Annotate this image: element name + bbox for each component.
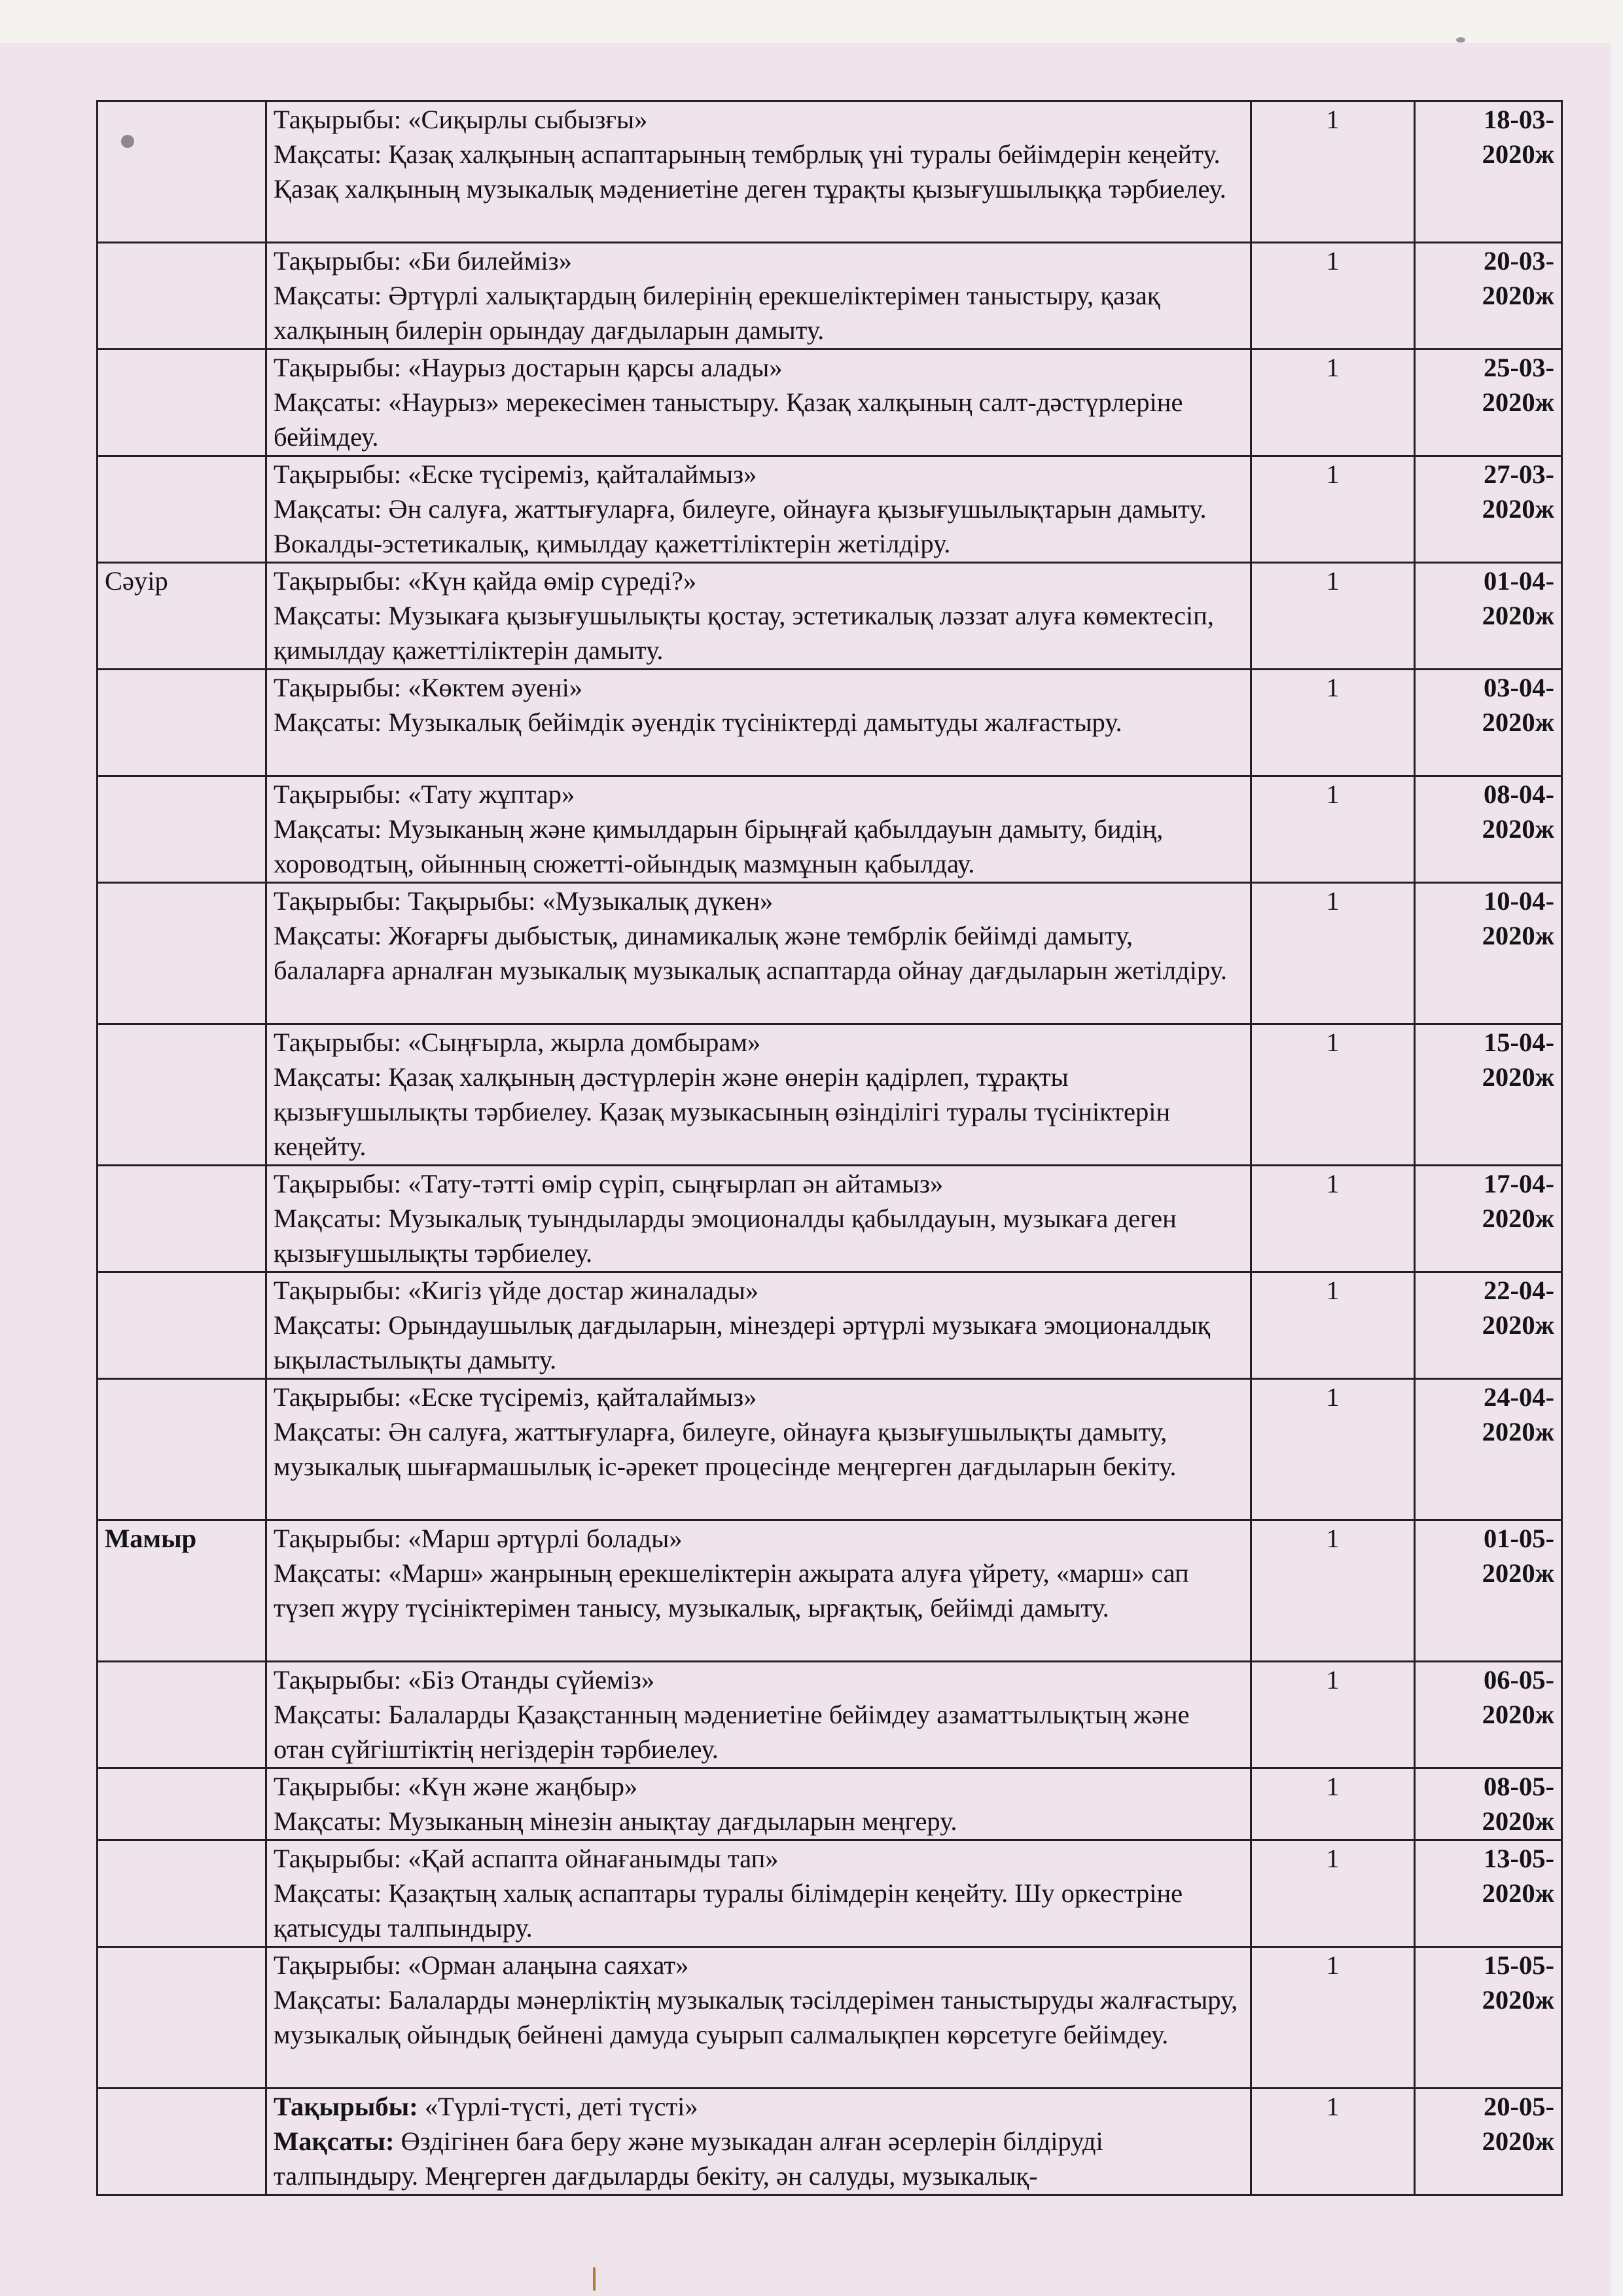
- hours-cell: 1: [1251, 101, 1415, 243]
- hours-cell: 1: [1251, 1840, 1415, 1947]
- goal-label: Мақсаты:: [274, 1558, 382, 1588]
- goal-label: Мақсаты:: [274, 494, 382, 524]
- goal-line: Мақсаты: Балаларды Қазақстанның мәдениет…: [274, 1700, 1190, 1764]
- goal-text: Ән салуға, жаттығуларға, билеуге, ойнауғ…: [274, 494, 1207, 558]
- month-cell: [98, 243, 266, 350]
- date-year: 2020ж: [1422, 1201, 1554, 1236]
- lesson-content-cell: Тақырыбы: «Кигіз үйде достар жиналады» М…: [266, 1272, 1251, 1379]
- topic-text: «Түрлі-түсті, деті түсті»: [425, 2092, 698, 2121]
- month-cell: [98, 1662, 266, 1768]
- topic-label: Тақырыбы:: [274, 886, 401, 916]
- topic-text: «Біз Отанды сүйеміз»: [408, 1665, 654, 1695]
- goal-line: Мақсаты: Ән салуға, жаттығуларға, билеуг…: [274, 1417, 1176, 1481]
- date-cell: 17-04-2020ж: [1415, 1166, 1562, 1272]
- topic-line: Тақырыбы: Тақырыбы: «Музыкалық дүкен»: [274, 886, 773, 916]
- date-day-month: 15-05-: [1422, 1948, 1554, 1982]
- scan-top-margin: [0, 0, 1623, 43]
- hours-cell: 1: [1251, 456, 1415, 563]
- table-row: Тақырыбы: «Көктем әуені» Мақсаты: Музыка…: [98, 670, 1562, 776]
- scan-right-margin: [1611, 43, 1623, 2296]
- topic-label: Тақырыбы:: [274, 1665, 401, 1695]
- topic-line: Тақырыбы: «Қай аспапта ойнағанымды тап»: [274, 1844, 779, 1873]
- month-cell: Сәуір: [98, 563, 266, 670]
- date-cell: 15-04-2020ж: [1415, 1024, 1562, 1166]
- topic-line: Тақырыбы: «Еске түсіреміз, қайталаймыз»: [274, 459, 757, 489]
- topic-label: Тақырыбы:: [274, 1276, 401, 1305]
- topic-text: «Еске түсіреміз, қайталаймыз»: [408, 1382, 757, 1412]
- date-year: 2020ж: [1422, 598, 1554, 633]
- lesson-content-cell: Тақырыбы: «Күн және жаңбыр» Мақсаты: Муз…: [266, 1768, 1251, 1840]
- scan-speck: [593, 2267, 596, 2291]
- hours-cell: 1: [1251, 243, 1415, 350]
- month-cell: [98, 883, 266, 1024]
- table-row: Сәуір Тақырыбы: «Күн қайда өмір сүреді?»…: [98, 563, 1562, 670]
- topic-label: Тақырыбы:: [274, 105, 401, 134]
- hours-cell: 1: [1251, 1520, 1415, 1662]
- table-row: Тақырыбы: «Біз Отанды сүйеміз» Мақсаты: …: [98, 1662, 1562, 1768]
- month-cell: [98, 1024, 266, 1166]
- topic-line: Тақырыбы: «Сиқырлы сыбызғы»: [274, 105, 647, 134]
- goal-label: Мақсаты:: [274, 1062, 382, 1092]
- date-day-month: 24-04-: [1422, 1380, 1554, 1414]
- month-cell: [98, 101, 266, 243]
- date-year: 2020ж: [1422, 1414, 1554, 1449]
- topic-text: «Тату жұптар»: [408, 780, 575, 809]
- topic-text: «Күн қайда өмір сүреді?»: [408, 566, 696, 596]
- goal-text: Жоғарғы дыбыстық, динамикалық және тембр…: [274, 921, 1227, 985]
- topic-label: Тақырыбы:: [274, 1028, 401, 1057]
- goal-label: Мақсаты:: [274, 814, 382, 844]
- goal-text: Музыкалық туындыларды эмоционалды қабылд…: [274, 1204, 1177, 1268]
- table-row: Тақырыбы: «Кигіз үйде достар жиналады» М…: [98, 1272, 1562, 1379]
- month-cell: [98, 670, 266, 776]
- goal-line: Мақсаты: Әртүрлі халықтардың билерінің е…: [274, 281, 1160, 345]
- hours-cell: 1: [1251, 1768, 1415, 1840]
- date-cell: 06-05-2020ж: [1415, 1662, 1562, 1768]
- goal-label: Мақсаты:: [274, 1417, 382, 1446]
- date-cell: 13-05-2020ж: [1415, 1840, 1562, 1947]
- topic-line: Тақырыбы: «Еске түсіреміз, қайталаймыз»: [274, 1382, 757, 1412]
- topic-line: Тақырыбы: «Би билейміз»: [274, 246, 572, 276]
- lesson-content-cell: Тақырыбы: «Түрлі-түсті, деті түсті» Мақс…: [266, 2089, 1251, 2195]
- month-cell: [98, 456, 266, 563]
- date-day-month: 20-05-: [1422, 2089, 1554, 2124]
- hours-cell: 1: [1251, 350, 1415, 456]
- date-year: 2020ж: [1422, 1556, 1554, 1590]
- topic-label: Тақырыбы:: [274, 353, 401, 382]
- date-day-month: 13-05-: [1422, 1841, 1554, 1876]
- table-row: Тақырыбы: «Орман алаңына саяхат» Мақсаты…: [98, 1947, 1562, 2089]
- topic-line: Тақырыбы: «Күн және жаңбыр»: [274, 1772, 637, 1801]
- month-cell: [98, 1272, 266, 1379]
- goal-text: Музыкалық бейімдік әуендік түсініктерді …: [388, 708, 1122, 737]
- goal-text: Ән салуға, жаттығуларға, билеуге, ойнауғ…: [274, 1417, 1176, 1481]
- lesson-content-cell: Тақырыбы: «Орман алаңына саяхат» Мақсаты…: [266, 1947, 1251, 2089]
- date-day-month: 08-04-: [1422, 777, 1554, 812]
- goal-text: Орындаушылық дағдыларын, мінездері әртүр…: [274, 1310, 1210, 1374]
- date-year: 2020ж: [1422, 1697, 1554, 1732]
- date-cell: 08-05-2020ж: [1415, 1768, 1562, 1840]
- goal-text: Қазақ халқының аспаптарының тембрлық үні…: [274, 139, 1226, 204]
- goal-label: Мақсаты:: [274, 281, 382, 310]
- topic-text: «Кигіз үйде достар жиналады»: [408, 1276, 758, 1305]
- date-year: 2020ж: [1422, 278, 1554, 313]
- goal-line: Мақсаты: Қазақтың халық аспаптары туралы…: [274, 1878, 1183, 1943]
- goal-line: Мақсаты: Музыкалық туындыларды эмоционал…: [274, 1204, 1177, 1268]
- goal-line: Мақсаты: Қазақ халқының аспаптарының тем…: [274, 139, 1226, 204]
- topic-label: Тақырыбы:: [274, 566, 401, 596]
- goal-label: Мақсаты:: [274, 1310, 382, 1340]
- date-cell: 18-03-2020ж: [1415, 101, 1562, 243]
- date-day-month: 03-04-: [1422, 670, 1554, 705]
- lesson-content-cell: Тақырыбы: «Тату-тәтті өмір сүріп, сыңғыр…: [266, 1166, 1251, 1272]
- date-day-month: 15-04-: [1422, 1025, 1554, 1060]
- goal-label: Мақсаты:: [274, 2126, 395, 2156]
- topic-text: «Сиқырлы сыбызғы»: [408, 105, 647, 134]
- table-row: Тақырыбы: «Би билейміз» Мақсаты: Әртүрлі…: [98, 243, 1562, 350]
- date-day-month: 08-05-: [1422, 1769, 1554, 1804]
- lesson-content-cell: Тақырыбы: «Еске түсіреміз, қайталаймыз» …: [266, 1379, 1251, 1520]
- date-cell: 24-04-2020ж: [1415, 1379, 1562, 1520]
- topic-text: «Еске түсіреміз, қайталаймыз»: [408, 459, 757, 489]
- lesson-content-cell: Тақырыбы: «Қай аспапта ойнағанымды тап» …: [266, 1840, 1251, 1947]
- month-cell: [98, 1840, 266, 1947]
- table-row: Тақырыбы: «Қай аспапта ойнағанымды тап» …: [98, 1840, 1562, 1947]
- hours-cell: 1: [1251, 563, 1415, 670]
- date-day-month: 17-04-: [1422, 1166, 1554, 1201]
- date-year: 2020ж: [1422, 1876, 1554, 1910]
- hours-cell: 1: [1251, 670, 1415, 776]
- date-cell: 15-05-2020ж: [1415, 1947, 1562, 2089]
- date-cell: 01-04-2020ж: [1415, 563, 1562, 670]
- date-year: 2020ж: [1422, 2124, 1554, 2159]
- topic-line: Тақырыбы: «Орман алаңына саяхат»: [274, 1950, 688, 1980]
- date-year: 2020ж: [1422, 492, 1554, 526]
- topic-label: Тақырыбы:: [274, 2092, 418, 2121]
- scan-speck: [1456, 37, 1465, 43]
- goal-text: Балаларды мәнерліктің музыкалық тәсілдер…: [274, 1985, 1238, 2049]
- goal-text: «Наурыз» мерекесімен таныстыру. Қазақ ха…: [274, 387, 1183, 452]
- date-year: 2020ж: [1422, 812, 1554, 846]
- topic-text: «Күн және жаңбыр»: [408, 1772, 637, 1801]
- lesson-content-cell: Тақырыбы: «Еске түсіреміз, қайталаймыз» …: [266, 456, 1251, 563]
- month-cell: Мамыр: [98, 1520, 266, 1662]
- topic-line: Тақырыбы: «Марш әртүрлі болады»: [274, 1524, 683, 1553]
- goal-text: «Марш» жанрының ерекшеліктерін ажырата а…: [274, 1558, 1189, 1623]
- goal-line: Мақсаты: Музыканың мінезін анықтау дағды…: [274, 1806, 957, 1836]
- goal-line: Мақсаты: Ән салуға, жаттығуларға, билеуг…: [274, 494, 1207, 558]
- table-row: Тақырыбы: «Тату-тәтті өмір сүріп, сыңғыр…: [98, 1166, 1562, 1272]
- lesson-content-cell: Тақырыбы: «Наурыз достарын қарсы алады» …: [266, 350, 1251, 456]
- date-cell: 03-04-2020ж: [1415, 670, 1562, 776]
- goal-label: Мақсаты:: [274, 1878, 382, 1908]
- topic-label: Тақырыбы:: [274, 1169, 401, 1198]
- date-year: 2020ж: [1422, 1804, 1554, 1839]
- lesson-plan-table: Тақырыбы: «Сиқырлы сыбызғы» Мақсаты: Қаз…: [96, 100, 1563, 2196]
- goal-line: Мақсаты: Қазақ халқының дәстүрлерін және…: [274, 1062, 1170, 1161]
- date-cell: 22-04-2020ж: [1415, 1272, 1562, 1379]
- month-cell: [98, 1768, 266, 1840]
- date-cell: 20-05-2020ж: [1415, 2089, 1562, 2195]
- month-cell: [98, 1379, 266, 1520]
- date-day-month: 27-03-: [1422, 457, 1554, 492]
- table-row: Тақырыбы: «Сиқырлы сыбызғы» Мақсаты: Қаз…: [98, 101, 1562, 243]
- goal-label: Мақсаты:: [274, 1806, 382, 1836]
- goal-text: Өздігінен баға беру және музыкадан алған…: [274, 2126, 1103, 2191]
- topic-label: Тақырыбы:: [274, 1950, 401, 1980]
- month-cell: [98, 2089, 266, 2195]
- table-row: Тақырыбы: «Еске түсіреміз, қайталаймыз» …: [98, 456, 1562, 563]
- topic-label: Тақырыбы:: [274, 459, 401, 489]
- date-year: 2020ж: [1422, 1982, 1554, 2017]
- goal-label: Мақсаты:: [274, 601, 382, 630]
- hours-cell: 1: [1251, 1166, 1415, 1272]
- date-year: 2020ж: [1422, 705, 1554, 740]
- hours-cell: 1: [1251, 1947, 1415, 2089]
- date-day-month: 25-03-: [1422, 350, 1554, 385]
- goal-label: Мақсаты:: [274, 139, 382, 169]
- hours-cell: 1: [1251, 776, 1415, 883]
- topic-line: Тақырыбы: «Кигіз үйде достар жиналады»: [274, 1276, 758, 1305]
- lesson-content-cell: Тақырыбы: «Көктем әуені» Мақсаты: Музыка…: [266, 670, 1251, 776]
- goal-line: Мақсаты: Музыкаға қызығушылықты қостау, …: [274, 601, 1214, 665]
- date-day-month: 01-04-: [1422, 564, 1554, 598]
- table-row: Тақырыбы: «Наурыз достарын қарсы алады» …: [98, 350, 1562, 456]
- goal-label: Мақсаты:: [274, 708, 382, 737]
- table-row: Тақырыбы: «Еске түсіреміз, қайталаймыз» …: [98, 1379, 1562, 1520]
- topic-line: Тақырыбы: «Тату-тәтті өмір сүріп, сыңғыр…: [274, 1169, 943, 1198]
- table-row: Тақырыбы: «Түрлі-түсті, деті түсті» Мақс…: [98, 2089, 1562, 2195]
- goal-label: Мақсаты:: [274, 1204, 382, 1233]
- date-cell: 20-03-2020ж: [1415, 243, 1562, 350]
- lesson-content-cell: Тақырыбы: «Сиқырлы сыбызғы» Мақсаты: Қаз…: [266, 101, 1251, 243]
- lesson-plan-body: Тақырыбы: «Сиқырлы сыбызғы» Мақсаты: Қаз…: [98, 101, 1562, 2195]
- lesson-content-cell: Тақырыбы: «Сыңғырла, жырла домбырам» Мақ…: [266, 1024, 1251, 1166]
- goal-text: Балаларды Қазақстанның мәдениетіне бейім…: [274, 1700, 1190, 1764]
- lesson-content-cell: Тақырыбы: «Би билейміз» Мақсаты: Әртүрлі…: [266, 243, 1251, 350]
- topic-line: Тақырыбы: «Біз Отанды сүйеміз»: [274, 1665, 654, 1695]
- topic-label: Тақырыбы:: [274, 673, 401, 702]
- date-year: 2020ж: [1422, 918, 1554, 953]
- topic-text: «Марш әртүрлі болады»: [408, 1524, 682, 1553]
- month-cell: [98, 1166, 266, 1272]
- table-row: Тақырыбы: «Тату жұптар» Мақсаты: Музыкан…: [98, 776, 1562, 883]
- goal-label: Мақсаты:: [274, 387, 382, 417]
- date-day-month: 01-05-: [1422, 1521, 1554, 1556]
- topic-label: Тақырыбы:: [274, 1524, 401, 1553]
- topic-text: «Орман алаңына саяхат»: [408, 1950, 688, 1980]
- goal-text: Қазақ халқының дәстүрлерін және өнерін қ…: [274, 1062, 1170, 1161]
- hours-cell: 1: [1251, 1379, 1415, 1520]
- topic-label: Тақырыбы:: [274, 246, 401, 276]
- hours-cell: 1: [1251, 1662, 1415, 1768]
- goal-line: Мақсаты: Жоғарғы дыбыстық, динамикалық ж…: [274, 921, 1227, 985]
- topic-label: Тақырыбы:: [274, 1772, 401, 1801]
- goal-text: Музыканың мінезін анықтау дағдыларын мең…: [388, 1806, 957, 1836]
- date-day-month: 20-03-: [1422, 243, 1554, 278]
- topic-text: «Сыңғырла, жырла домбырам»: [408, 1028, 760, 1057]
- date-cell: 10-04-2020ж: [1415, 883, 1562, 1024]
- goal-text: Әртүрлі халықтардың билерінің ерекшелікт…: [274, 281, 1160, 345]
- topic-text: «Көктем әуені»: [408, 673, 582, 702]
- date-year: 2020ж: [1422, 1308, 1554, 1342]
- topic-label: Тақырыбы:: [274, 1382, 401, 1412]
- goal-line: Мақсаты: Балаларды мәнерліктің музыкалық…: [274, 1985, 1238, 2049]
- topic-line: Тақырыбы: «Көктем әуені»: [274, 673, 582, 702]
- lesson-content-cell: Тақырыбы: Тақырыбы: «Музыкалық дүкен» Ма…: [266, 883, 1251, 1024]
- lesson-content-cell: Тақырыбы: «Марш әртүрлі болады» Мақсаты:…: [266, 1520, 1251, 1662]
- topic-line: Тақырыбы: «Наурыз достарын қарсы алады»: [274, 353, 783, 382]
- date-year: 2020ж: [1422, 137, 1554, 171]
- goal-label: Мақсаты:: [274, 1985, 382, 2015]
- topic-text: Тақырыбы: «Музыкалық дүкен»: [408, 886, 773, 916]
- topic-text: «Қай аспапта ойнағанымды тап»: [408, 1844, 778, 1873]
- goal-line: Мақсаты: Музыканың және қимылдарын бірың…: [274, 814, 1163, 878]
- goal-line: Мақсаты: «Марш» жанрының ерекшеліктерін …: [274, 1558, 1189, 1623]
- date-day-month: 22-04-: [1422, 1273, 1554, 1308]
- topic-text: «Тату-тәтті өмір сүріп, сыңғырлап ән айт…: [408, 1169, 943, 1198]
- hours-cell: 1: [1251, 2089, 1415, 2195]
- date-cell: 27-03-2020ж: [1415, 456, 1562, 563]
- goal-line: Мақсаты: Музыкалық бейімдік әуендік түсі…: [274, 708, 1122, 737]
- goal-label: Мақсаты:: [274, 921, 382, 950]
- topic-line: Тақырыбы: «Сыңғырла, жырла домбырам»: [274, 1028, 760, 1057]
- goal-line: Мақсаты: Өздігінен баға беру және музыка…: [274, 2126, 1103, 2191]
- date-cell: 01-05-2020ж: [1415, 1520, 1562, 1662]
- lesson-content-cell: Тақырыбы: «Тату жұптар» Мақсаты: Музыкан…: [266, 776, 1251, 883]
- lesson-content-cell: Тақырыбы: «Біз Отанды сүйеміз» Мақсаты: …: [266, 1662, 1251, 1768]
- date-cell: 08-04-2020ж: [1415, 776, 1562, 883]
- hours-cell: 1: [1251, 883, 1415, 1024]
- table-row: Тақырыбы: «Сыңғырла, жырла домбырам» Мақ…: [98, 1024, 1562, 1166]
- table-row: Мамыр Тақырыбы: «Марш әртүрлі болады» Ма…: [98, 1520, 1562, 1662]
- goal-line: Мақсаты: «Наурыз» мерекесімен таныстыру.…: [274, 387, 1183, 452]
- goal-text: Музыканың және қимылдарын бірыңғай қабыл…: [274, 814, 1163, 878]
- date-year: 2020ж: [1422, 385, 1554, 420]
- lesson-content-cell: Тақырыбы: «Күн қайда өмір сүреді?» Мақса…: [266, 563, 1251, 670]
- table-row: Тақырыбы: Тақырыбы: «Музыкалық дүкен» Ма…: [98, 883, 1562, 1024]
- month-cell: [98, 776, 266, 883]
- date-day-month: 10-04-: [1422, 884, 1554, 918]
- topic-line: Тақырыбы: «Тату жұптар»: [274, 780, 575, 809]
- date-day-month: 18-03-: [1422, 102, 1554, 137]
- topic-text: «Би билейміз»: [408, 246, 572, 276]
- goal-text: Музыкаға қызығушылықты қостау, эстетикал…: [274, 601, 1214, 665]
- hours-cell: 1: [1251, 1272, 1415, 1379]
- goal-text: Қазақтың халық аспаптары туралы білімдер…: [274, 1878, 1183, 1943]
- table-row: Тақырыбы: «Күн және жаңбыр» Мақсаты: Муз…: [98, 1768, 1562, 1840]
- topic-line: Тақырыбы: «Түрлі-түсті, деті түсті»: [274, 2092, 698, 2121]
- date-year: 2020ж: [1422, 1060, 1554, 1094]
- topic-label: Тақырыбы:: [274, 780, 401, 809]
- date-day-month: 06-05-: [1422, 1662, 1554, 1697]
- topic-line: Тақырыбы: «Күн қайда өмір сүреді?»: [274, 566, 696, 596]
- month-cell: [98, 1947, 266, 2089]
- month-cell: [98, 350, 266, 456]
- goal-label: Мақсаты:: [274, 1700, 382, 1729]
- topic-text: «Наурыз достарын қарсы алады»: [408, 353, 782, 382]
- topic-label: Тақырыбы:: [274, 1844, 401, 1873]
- date-cell: 25-03-2020ж: [1415, 350, 1562, 456]
- goal-line: Мақсаты: Орындаушылық дағдыларын, мінезд…: [274, 1310, 1210, 1374]
- hours-cell: 1: [1251, 1024, 1415, 1166]
